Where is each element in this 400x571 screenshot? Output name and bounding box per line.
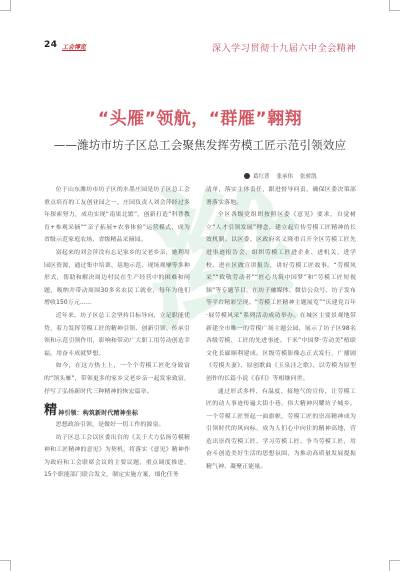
- paragraph: 近年来，坊子区总工会坚持目标导向，立足职能优势，着力发挥劳模工匠的精神引领、创新…: [44, 310, 190, 360]
- paragraph: 富起来的刘会萍没有忘记家乡的父老乡亲，她利用园区资源，通过集中培训、基地示范、现…: [44, 247, 190, 310]
- pen-icon: [244, 173, 250, 179]
- article-title: “头雁”领航，“群雁”翱翔: [0, 104, 400, 129]
- byline: 葛红普 张承伟 张骄凯: [244, 172, 321, 180]
- paragraph: 如今，在这方热土上，一个个劳模工匠化身致富的“领头雁”，带领更多的家乡父老乡亲一…: [44, 360, 190, 398]
- author-name: 张骄凯: [300, 172, 317, 180]
- paragraph: 清单，落实主体责任，跟进督导问责，确保区委决策部署落实落地。: [206, 184, 356, 209]
- subheading: 精 神引领：构筑新时代精神坐标: [44, 404, 190, 418]
- right-column: 清单，落实主体责任，跟进督导问责，确保区委决策部署落实落地。 全区各级党组织按照…: [206, 184, 356, 474]
- author-name: 葛红普: [253, 172, 270, 180]
- author-name: 张承伟: [277, 172, 294, 180]
- crop-mark-top-left: [0, 0, 11, 11]
- page-number: 24: [44, 40, 58, 50]
- crop-mark-bottom-right: [389, 560, 400, 571]
- left-column: 位于山东潍坊市坊子区的水墨庄园是坊子区总工会重点培育的工友创业园之一，庄园负责人…: [44, 184, 190, 482]
- paragraph: 坊子区总工会以区委出台的《关于大力弘扬劳模精神和工匠精神的意见》为契机，将落实《…: [44, 432, 190, 482]
- section-title: 深入学习贯彻十九届六中全会精神: [212, 41, 356, 54]
- page-header: 24 工会博览 深入学习贯彻十九届六中全会精神: [44, 40, 356, 54]
- subheading-text: 神引领：构筑新时代精神坐标: [58, 409, 138, 418]
- paragraph: 位于山东潍坊市坊子区的水墨庄园是坊子区总工会重点培育的工友创业园之一，庄园负责人…: [44, 184, 190, 247]
- paragraph: 通过形式多样、有温度、接地气的宣传，让劳模工匠的动人事迹传遍大街小巷，伟大精神闪…: [206, 386, 356, 474]
- subheading-drop-char: 精: [44, 404, 57, 418]
- paragraph: 全区各级党组织按照区委《意见》要求，自觉树立“人才引领发展”理念，建立起宣传劳模…: [206, 209, 356, 385]
- crop-mark-top-right: [389, 0, 400, 11]
- crop-mark-bottom-left: [0, 560, 11, 571]
- magazine-logo: 工会博览: [62, 42, 86, 51]
- article-subtitle: ——潍坊市坊子区总工会聚焦发挥劳模工匠示范引领效应: [0, 137, 400, 153]
- paragraph: 思想政治引领，是做好一切工作的源泉。: [44, 419, 190, 432]
